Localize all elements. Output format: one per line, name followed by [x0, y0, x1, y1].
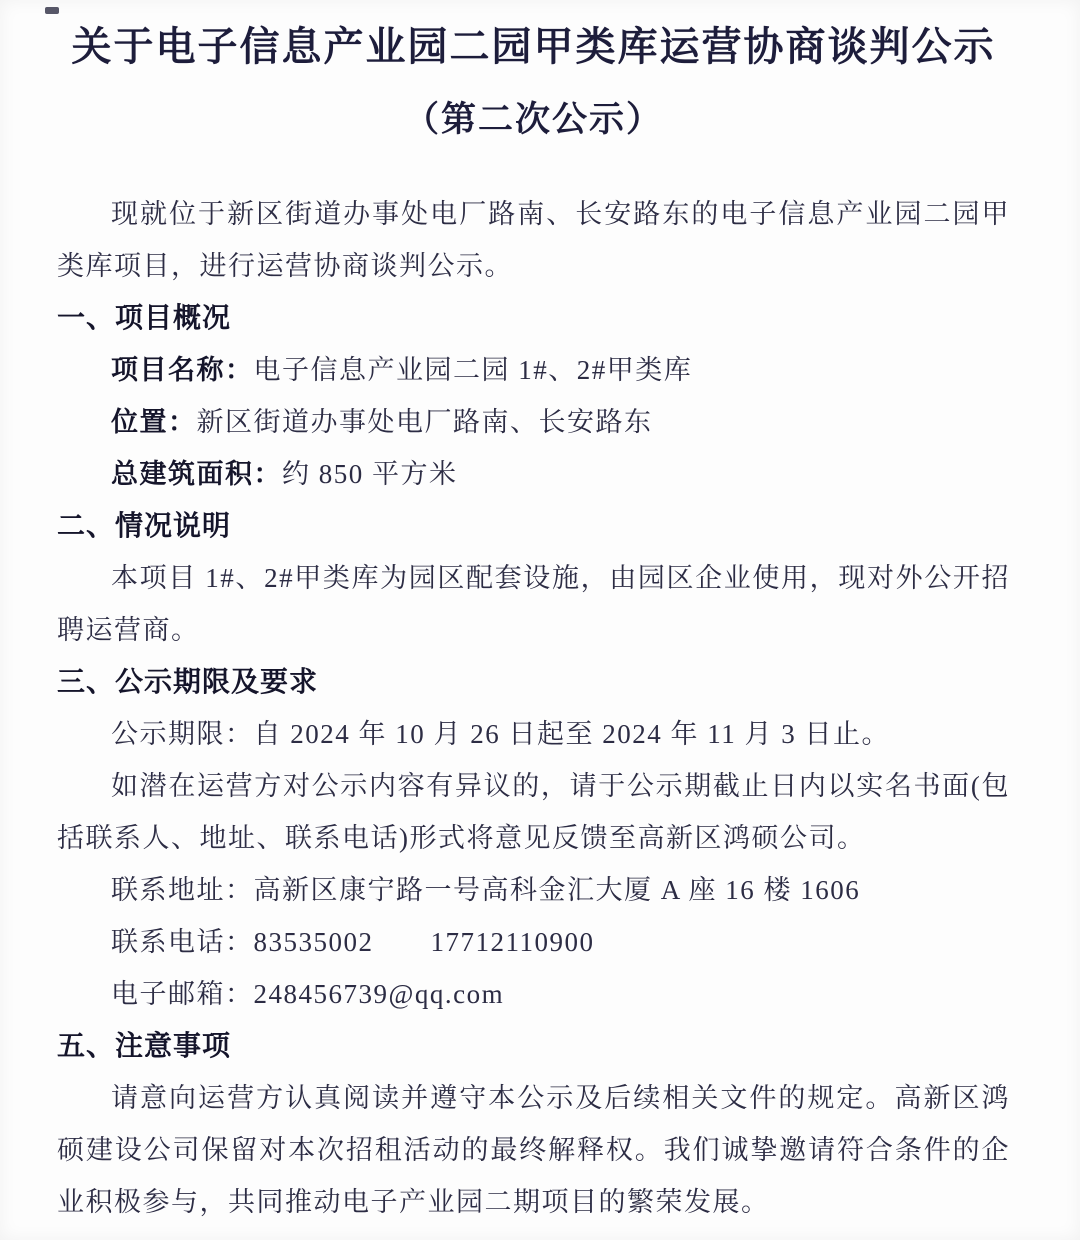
location-line: 位置：新区街道办事处电厂路南、长安路东 — [57, 396, 1010, 448]
situation-paragraph: 本项目 1#、2#甲类库为园区配套设施，由园区企业使用，现对外公开招聘运营商。 — [57, 552, 1010, 656]
page-subtitle: （第二次公示） — [57, 100, 1010, 140]
project-name-line: 项目名称：电子信息产业园二园 1#、2#甲类库 — [57, 344, 1010, 396]
page-title: 关于电子信息产业园二园甲类库运营协商谈判公示 — [57, 24, 1010, 70]
contact-address-line: 联系地址：高新区康宁路一号高科金汇大厦 A 座 16 楼 1606 — [57, 864, 1010, 916]
contact-phone-line: 联系电话：83535002 17712110900 — [57, 916, 1010, 968]
notes-paragraph: 请意向运营方认真阅读并遵守本公示及后续相关文件的规定。高新区鸿硕建设公司保留对本… — [57, 1072, 1010, 1228]
project-name-label: 项目名称： — [111, 355, 254, 385]
document-body: 现就位于新区街道办事处电厂路南、长安路东的电子信息产业园二园甲类库项目，进行运营… — [57, 188, 1010, 1228]
section-heading-publicity-period: 三、公示期限及要求 — [57, 656, 1010, 708]
section-heading-project-overview: 一、项目概况 — [57, 292, 1010, 344]
location-label: 位置： — [111, 407, 197, 437]
floor-area-line: 总建筑面积：约 850 平方米 — [57, 448, 1010, 500]
floor-area-label: 总建筑面积： — [111, 459, 282, 489]
floor-area-value: 约 850 平方米 — [282, 459, 458, 489]
location-value: 新区街道办事处电厂路南、长安路东 — [197, 407, 653, 437]
contact-email-line: 电子邮箱：248456739@qq.com — [57, 968, 1010, 1020]
publicity-period-line: 公示期限：自 2024 年 10 月 26 日起至 2024 年 11 月 3 … — [57, 708, 1010, 760]
notice-document: 关于电子信息产业园二园甲类库运营协商谈判公示 （第二次公示） 现就位于新区街道办… — [0, 0, 1080, 1240]
section-heading-notes: 五、注意事项 — [57, 1020, 1010, 1072]
scan-artifact — [45, 7, 59, 14]
section-heading-situation: 二、情况说明 — [57, 500, 1010, 552]
project-name-value: 电子信息产业园二园 1#、2#甲类库 — [254, 355, 693, 385]
intro-paragraph: 现就位于新区街道办事处电厂路南、长安路东的电子信息产业园二园甲类库项目，进行运营… — [57, 188, 1010, 292]
objection-paragraph: 如潜在运营方对公示内容有异议的，请于公示期截止日内以实名书面(包括联系人、地址、… — [57, 760, 1010, 864]
